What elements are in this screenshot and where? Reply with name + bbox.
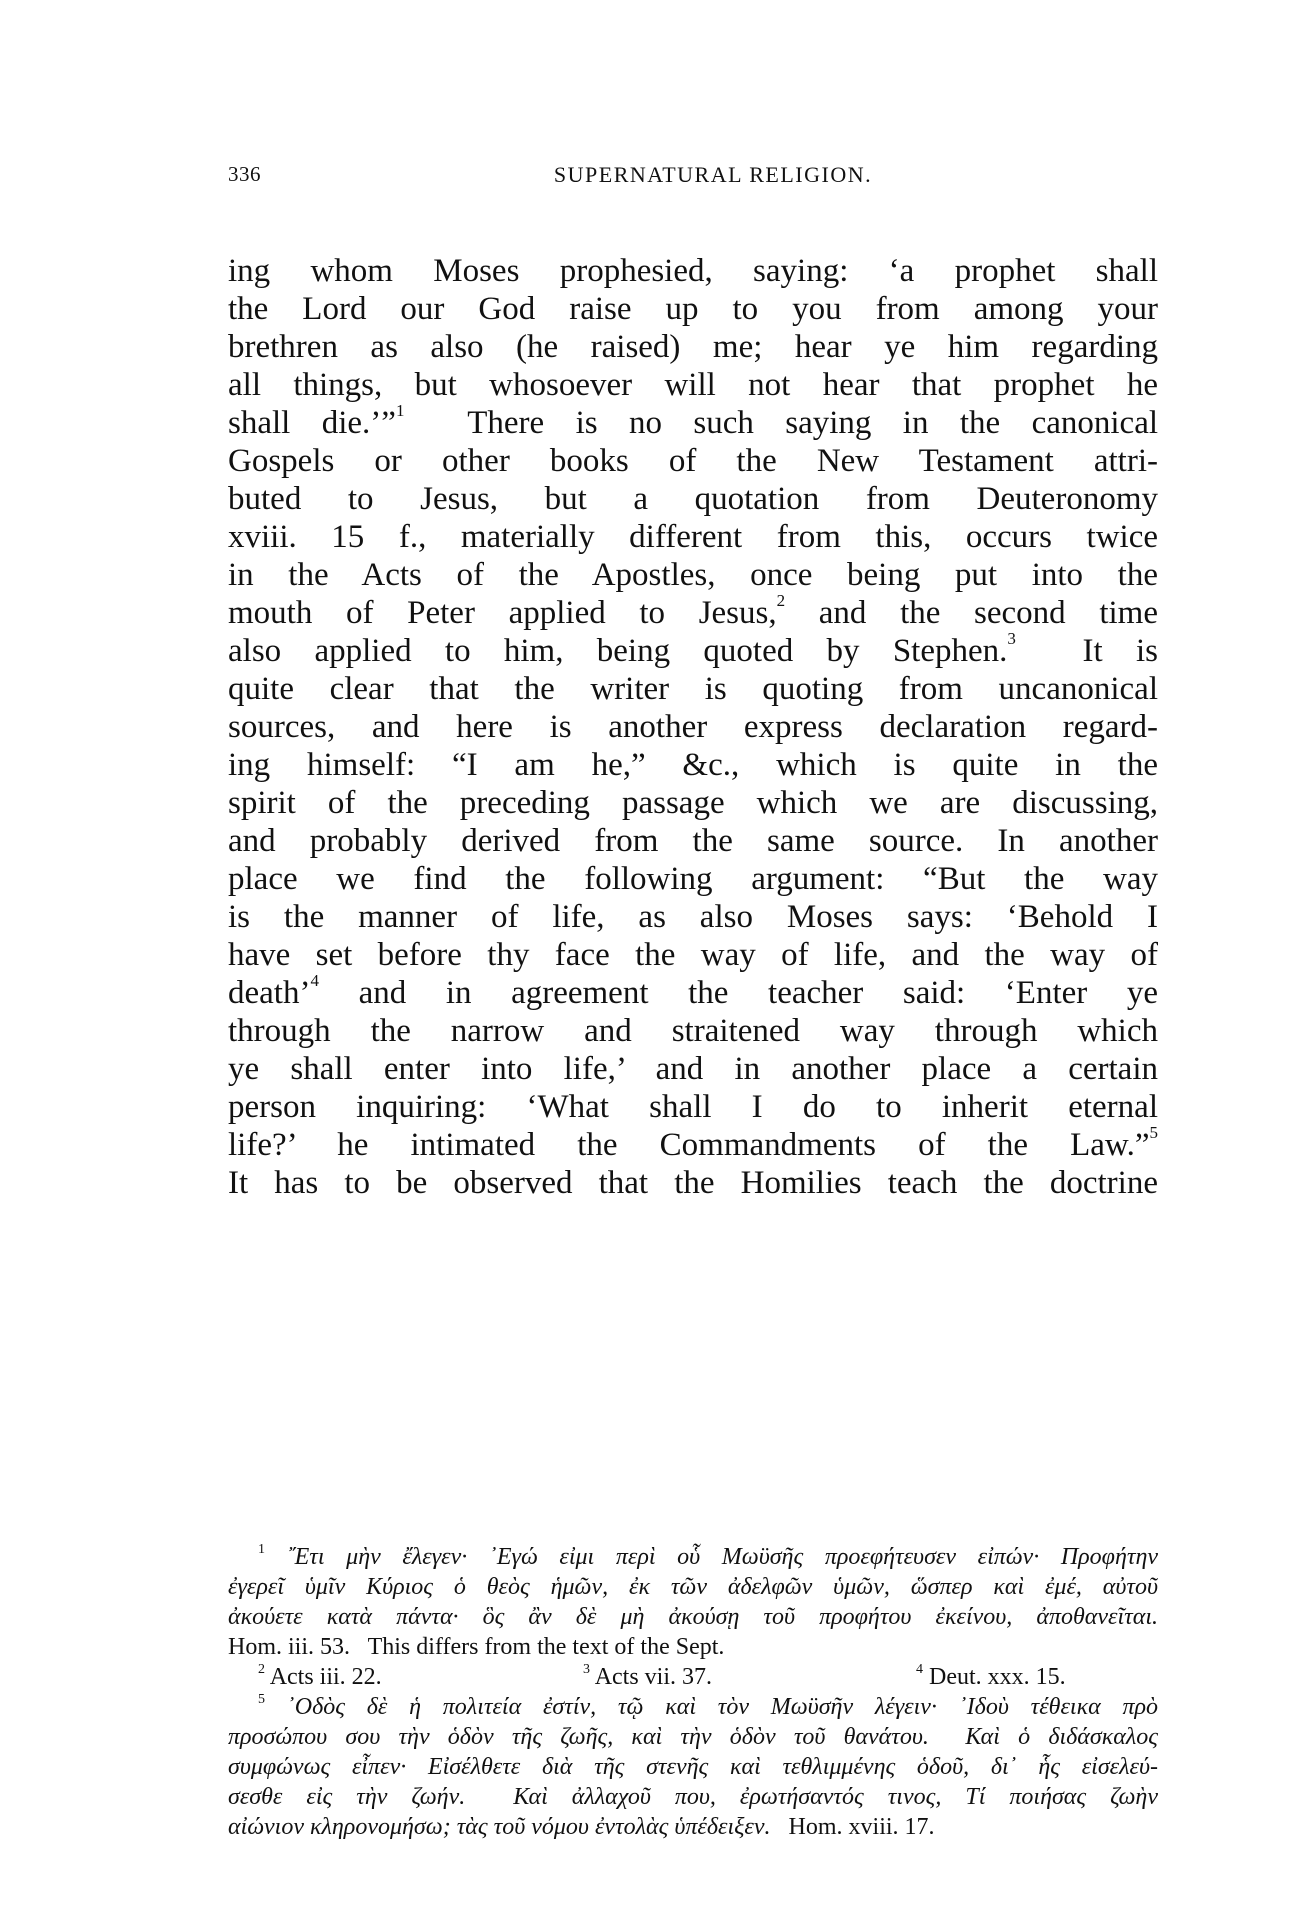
body-line: brethren as also (he raised) me; hear ye… xyxy=(228,328,1158,366)
footnote-number: 1 xyxy=(258,1542,265,1557)
footnote-greek-text: ᾿Οδὸς δὲ ἡ πολιτεία ἐστίν, τῷ καὶ τὸν Μω… xyxy=(287,1694,1158,1720)
footnote-number: 3 xyxy=(583,1662,590,1677)
footnote-5-line: προσώπου σου τὴν ὁδὸν τῆς ζωῆς, καὶ τὴν … xyxy=(228,1722,1158,1752)
body-line: ye shall enter into life,’ and in anothe… xyxy=(228,1050,1158,1088)
body-line-text: and in agreement the teacher said: ‘Ente… xyxy=(359,975,1158,1011)
footnote-marker-5[interactable]: 5 xyxy=(1150,1123,1159,1142)
body-line: through the narrow and straitened way th… xyxy=(228,1012,1158,1050)
footnote-number: 4 xyxy=(916,1662,923,1677)
footnote-text: Acts iii. 22. xyxy=(270,1664,382,1690)
footnote-number: 2 xyxy=(258,1662,265,1677)
footnote-greek-text: αἰώνιον κληρονομήσω; τὰς τοῦ νόμου ἐντολ… xyxy=(228,1814,771,1840)
body-line: sources, and here is another express dec… xyxy=(228,708,1158,746)
body-line: have set before thy face the way of life… xyxy=(228,936,1158,974)
body-line: death’4 and in agreement the teacher sai… xyxy=(228,974,1158,1012)
body-line: is the manner of life, as also Moses say… xyxy=(228,898,1158,936)
body-line: ing whom Moses prophesied, saying: ‘a pr… xyxy=(228,252,1158,290)
footnote-2: 2 Acts iii. 22. xyxy=(258,1662,382,1692)
body-text: ing whom Moses prophesied, saying: ‘a pr… xyxy=(228,252,1158,1202)
body-line: spirit of the preceding passage which we… xyxy=(228,784,1158,822)
footnote-5-line: αἰώνιον κληρονομήσω; τὰς τοῦ νόμου ἐντολ… xyxy=(228,1812,1158,1842)
running-title: SUPERNATURAL RELIGION. xyxy=(228,162,1158,188)
body-line-text: life?’ he intimated the Commandments of … xyxy=(228,1127,1150,1163)
footnote-4: 4 Deut. xxx. 15. xyxy=(916,1662,1066,1692)
body-line-text: There is no such saying in the canonical xyxy=(467,405,1158,441)
footnote-text: Acts vii. 37. xyxy=(595,1664,712,1690)
running-head: 336 SUPERNATURAL RELIGION. xyxy=(228,162,1158,192)
body-line: It has to be observed that the Homilies … xyxy=(228,1164,1158,1202)
body-line-text: It is xyxy=(1083,633,1158,669)
footnote-marker-3[interactable]: 3 xyxy=(1007,629,1016,648)
body-line: in the Acts of the Apostles, once being … xyxy=(228,556,1158,594)
footnotes: 1 ῎Ετι μὴν ἔλεγεν· ᾿Εγώ εἰμι περὶ οὗ Μωϋ… xyxy=(228,1542,1158,1842)
footnote-1-line: ἀκούετε κατὰ πάντα· ὃς ἂν δὲ μὴ ἀκούσῃ τ… xyxy=(228,1602,1158,1632)
footnote-3: 3 Acts vii. 37. xyxy=(583,1662,712,1692)
footnote-5-line: σεσθε εἰς τὴν ζωήν. Καὶ ἀλλαχοῦ που, ἐρω… xyxy=(228,1782,1158,1812)
footnote-text: Deut. xxx. 15. xyxy=(929,1664,1066,1690)
footnote-1-line: ἐγερεῖ ὑμῖν Κύριος ὁ θεὸς ἡμῶν, ἐκ τῶν ἀ… xyxy=(228,1572,1158,1602)
body-line-text: also applied to him, being quoted by Ste… xyxy=(228,633,1007,669)
footnote-marker-2[interactable]: 2 xyxy=(777,591,786,610)
body-line: shall die.’”1 There is no such saying in… xyxy=(228,404,1158,442)
footnote-number: 5 xyxy=(258,1692,265,1707)
body-line-text: mouth of Peter applied to Jesus, xyxy=(228,595,777,631)
footnote-5-citation: Hom. xviii. 17. xyxy=(789,1814,935,1840)
body-line: all things, but whosoever will not hear … xyxy=(228,366,1158,404)
footnote-5-line: συμφώνως εἶπεν· Εἰσέλθετε διὰ τῆς στενῆς… xyxy=(228,1752,1158,1782)
body-line: also applied to him, being quoted by Ste… xyxy=(228,632,1158,670)
body-line: Gospels or other books of the New Testam… xyxy=(228,442,1158,480)
body-line: place we find the following argument: “B… xyxy=(228,860,1158,898)
book-page: 336 SUPERNATURAL RELIGION. ing whom Mose… xyxy=(0,0,1292,1925)
footnote-refs-row: 2 Acts iii. 22. 3 Acts vii. 37. 4 Deut. … xyxy=(228,1662,1158,1692)
body-line: the Lord our God raise up to you from am… xyxy=(228,290,1158,328)
footnote-marker-1[interactable]: 1 xyxy=(396,401,405,420)
body-line: buted to Jesus, but a quotation from Deu… xyxy=(228,480,1158,518)
body-line: quite clear that the writer is quoting f… xyxy=(228,670,1158,708)
body-line: life?’ he intimated the Commandments of … xyxy=(228,1126,1158,1164)
body-line: person inquiring: ‘What shall I do to in… xyxy=(228,1088,1158,1126)
body-line: mouth of Peter applied to Jesus,2 and th… xyxy=(228,594,1158,632)
body-line-text: death’ xyxy=(228,975,310,1011)
footnote-greek-text: ῎Ετι μὴν ἔλεγεν· ᾿Εγώ εἰμι περὶ οὗ Μωϋσῆ… xyxy=(287,1544,1158,1570)
footnote-1: 1 ῎Ετι μὴν ἔλεγεν· ᾿Εγώ εἰμι περὶ οὗ Μωϋ… xyxy=(228,1542,1158,1572)
footnote-marker-4[interactable]: 4 xyxy=(310,971,319,990)
footnote-1-citation: Hom. iii. 53. This differs from the text… xyxy=(228,1632,1158,1662)
body-line: xviii. 15 f., materially different from … xyxy=(228,518,1158,556)
body-line: and probably derived from the same sourc… xyxy=(228,822,1158,860)
footnote-5: 5 ᾿Οδὸς δὲ ἡ πολιτεία ἐστίν, τῷ καὶ τὸν … xyxy=(228,1692,1158,1722)
body-line: ing himself: “I am he,” &c., which is qu… xyxy=(228,746,1158,784)
body-line-text: and the second time xyxy=(819,595,1158,631)
body-line-text: shall die.’” xyxy=(228,405,396,441)
